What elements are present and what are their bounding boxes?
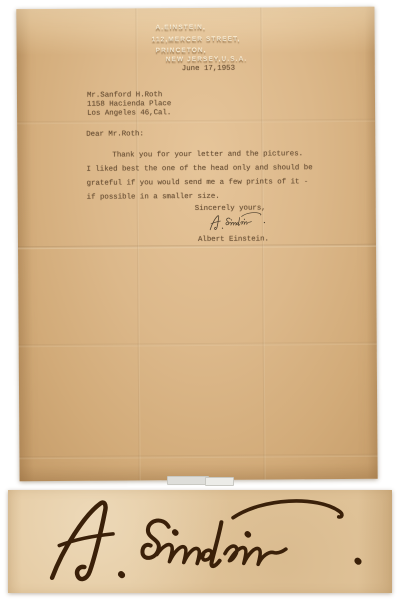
salutation: Dear Mr.Roth: (86, 130, 144, 139)
mounting-tab (167, 476, 209, 485)
recipient-city: Los Angeles 46,Cal. (87, 109, 171, 119)
letter-date: June 17,1953 (182, 65, 235, 74)
auction-photo-page: A.EINSTEIN, 112,MERCER STREET, PRINCETON… (0, 0, 399, 599)
typed-signature-name: Albert Einstein. (198, 235, 269, 244)
fold-crease (19, 454, 377, 459)
letterhead-name: A.EINSTEIN, (155, 25, 205, 32)
fold-crease (19, 342, 377, 347)
fold-crease (17, 119, 375, 124)
letter-body-line: grateful if you would send me a few prin… (87, 178, 309, 189)
einstein-signature-small (203, 209, 268, 233)
letter-body-line: if possible in a smaller size. (87, 193, 220, 203)
fold-crease (135, 8, 140, 480)
signature-magnified-strip (8, 490, 392, 593)
einstein-signature-large (18, 490, 380, 593)
letter-body-line: Thank you for your letter and the pictur… (86, 150, 303, 161)
letterhead-street: 112,MERCER STREET, (152, 37, 241, 45)
letter-document: A.EINSTEIN, 112,MERCER STREET, PRINCETON… (16, 7, 377, 481)
mounting-tab (205, 477, 234, 486)
letterhead-state: NEW JERSEY,U.S.A. (166, 57, 248, 65)
letter-body-line: I liked best the one of the head only an… (86, 164, 312, 175)
letterhead-city: PRINCETON, (156, 48, 207, 55)
